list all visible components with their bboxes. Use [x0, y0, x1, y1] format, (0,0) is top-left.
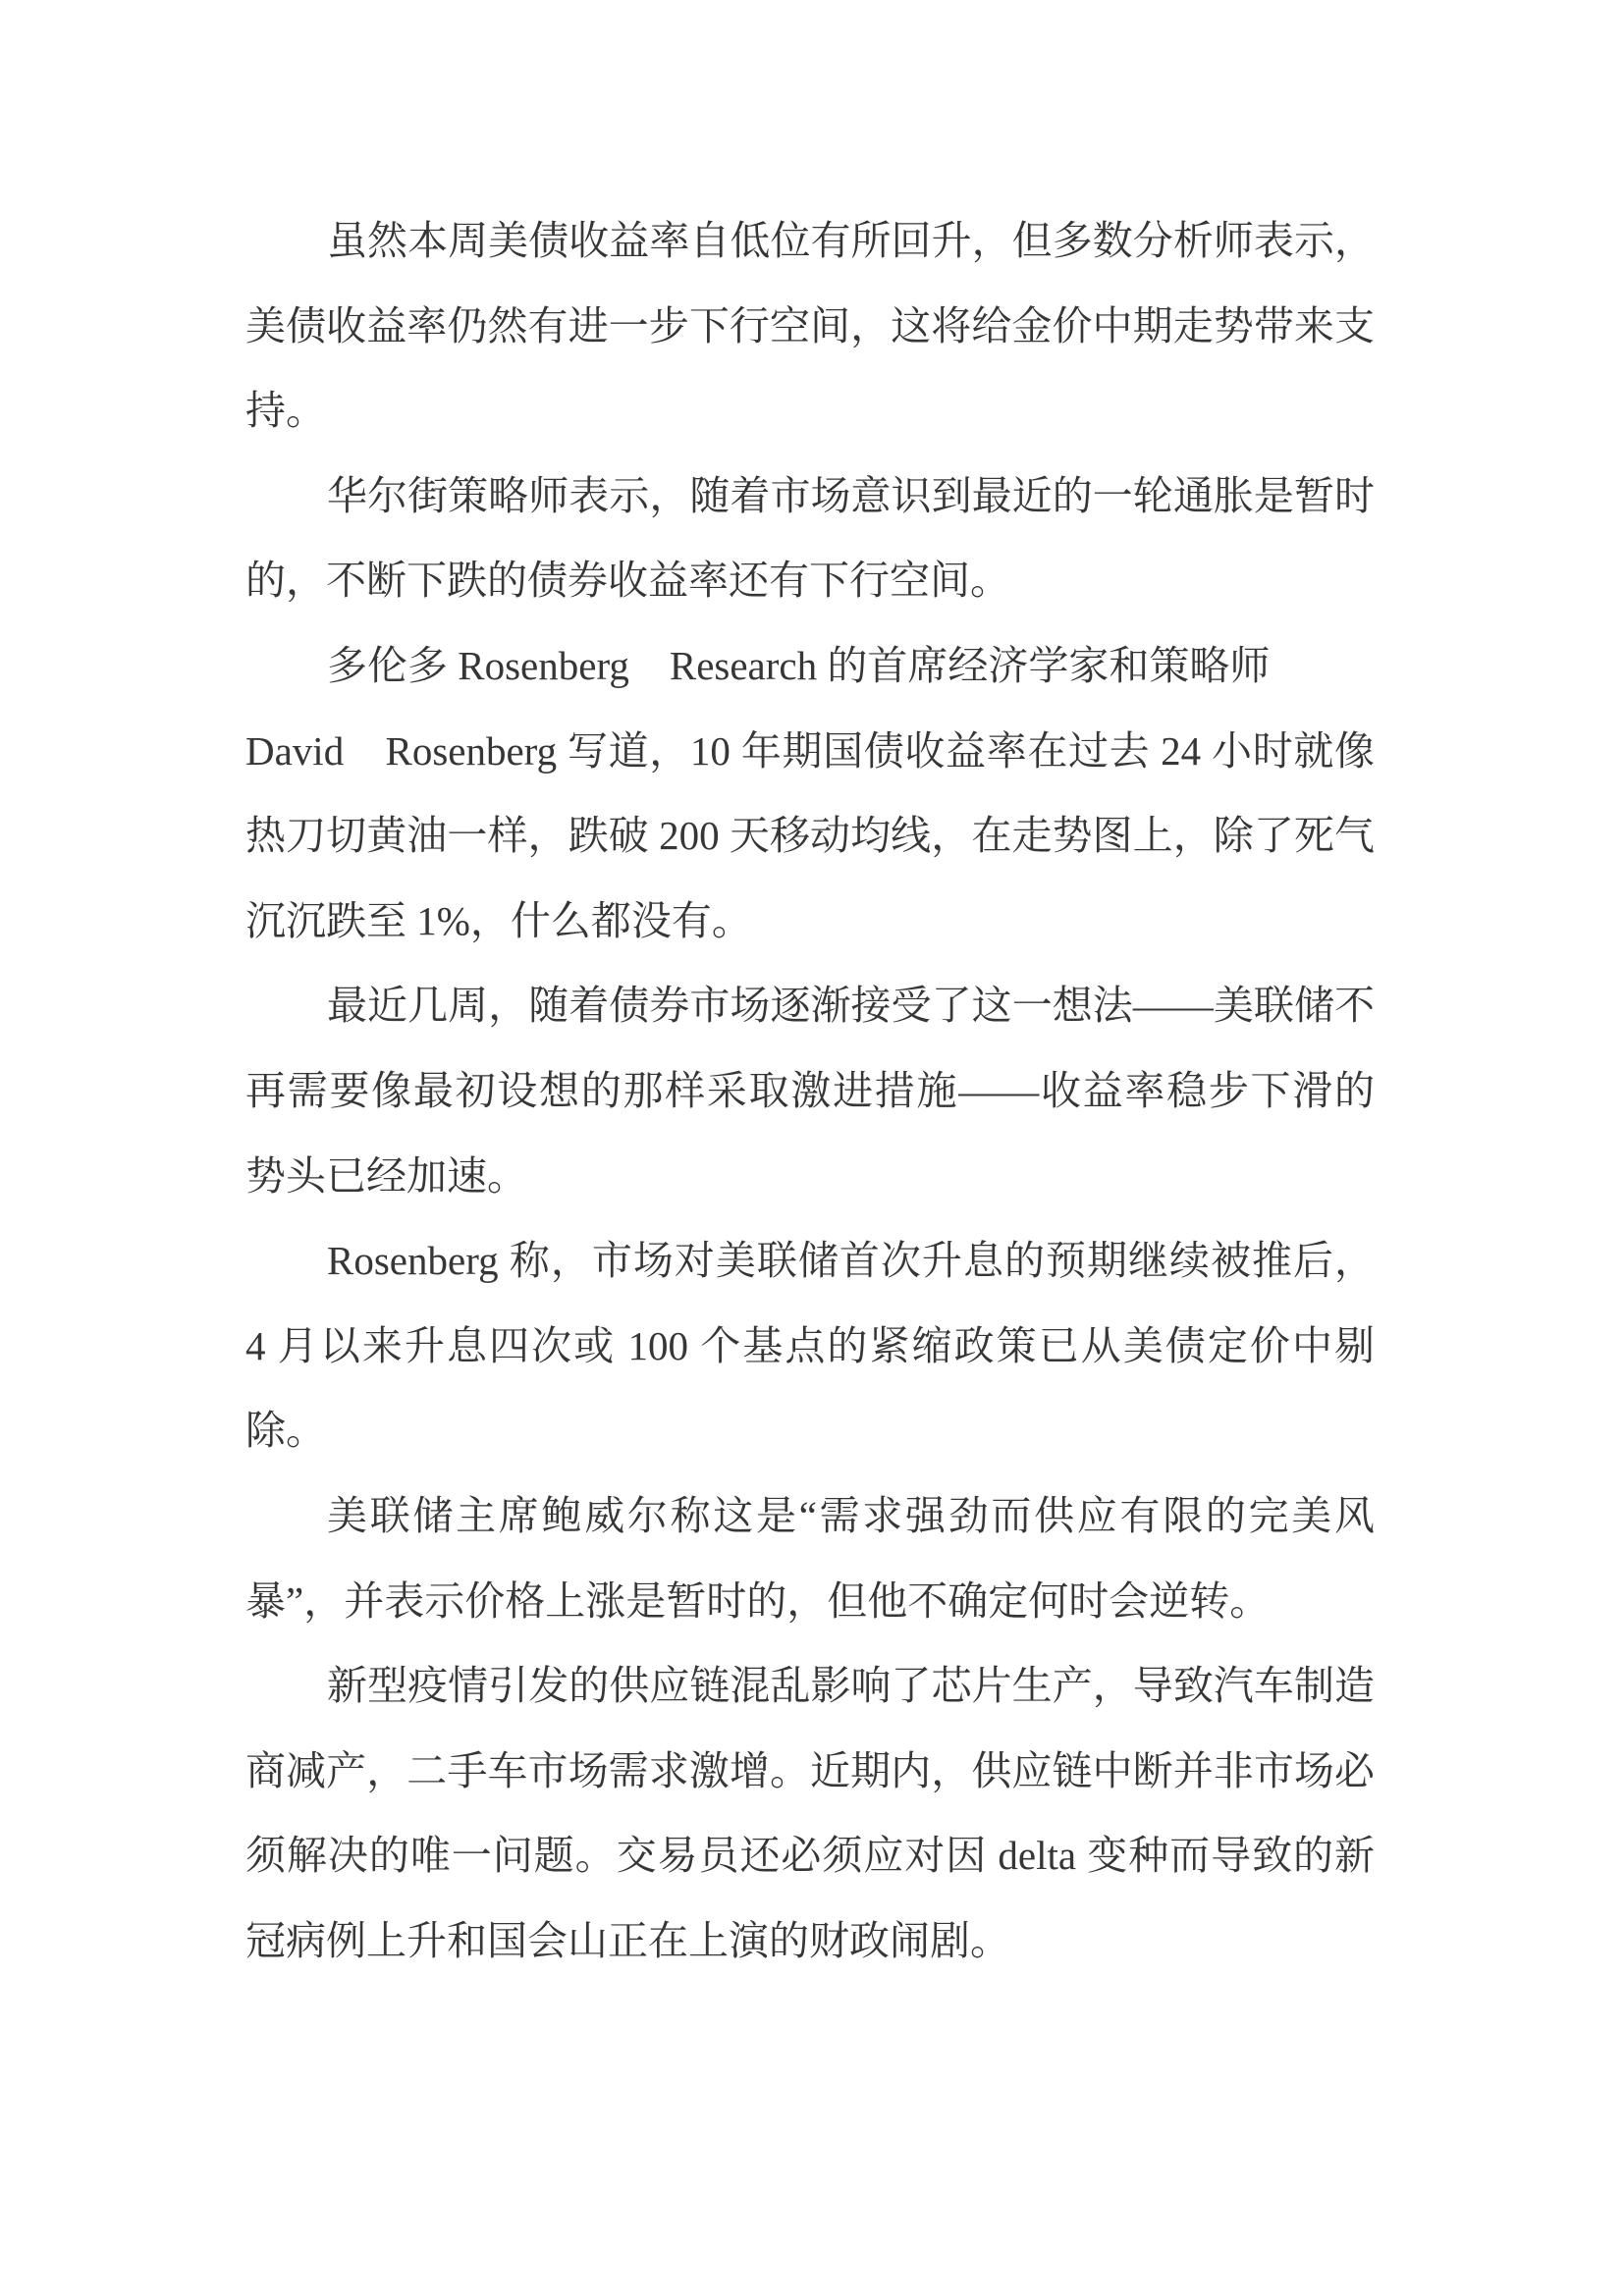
text-line: David Rosenberg 写道，10 年期国债收益率在过去 24 小时就像 [245, 709, 1375, 794]
paragraph: 美联储主席鲍威尔称这是“需求强劲而供应有限的完美风暴”，并表示价格上涨是暂时的，… [245, 1473, 1375, 1643]
paragraph: Rosenberg 称，市场对美联储首次升息的预期继续被推后，4 月以来升息四次… [245, 1218, 1375, 1473]
paragraph: 新型疫情引发的供应链混乱影响了芯片生产，导致汽车制造商减产，二手车市场需求激增。… [245, 1643, 1375, 1983]
paragraph: 华尔街策略师表示，随着市场意识到最近的一轮通胀是暂时的，不断下跌的债券收益率还有… [245, 454, 1375, 623]
text-line: 再需要像最初设想的那样采取激进措施——收益率稳步下滑的 [245, 1048, 1375, 1134]
text-line: 热刀切黄油一样，跌破 200 天移动均线，在走势图上，除了死气 [245, 793, 1375, 879]
text-line: 持。 [245, 368, 1375, 454]
paragraph: 虽然本周美债收益率自低位有所回升，但多数分析师表示，美债收益率仍然有进一步下行空… [245, 198, 1375, 454]
text-line: 商减产，二手车市场需求激增。近期内，供应链中断并非市场必 [245, 1729, 1375, 1814]
paragraph: 最近几周，随着债券市场逐渐接受了这一想法——美联储不再需要像最初设想的那样采取激… [245, 963, 1375, 1218]
text-line: 沉沉跌至 1%，什么都没有。 [245, 879, 1375, 964]
paragraph: 多伦多 Rosenberg Research 的首席经济学家和策略师David … [245, 623, 1375, 963]
text-line: 新型疫情引发的供应链混乱影响了芯片生产，导致汽车制造 [245, 1643, 1375, 1729]
text-line: 冠病例上升和国会山正在上演的财政闹剧。 [245, 1898, 1375, 1984]
text-line: 势头已经加速。 [245, 1134, 1375, 1219]
text-line: 虽然本周美债收益率自低位有所回升，但多数分析师表示， [245, 198, 1375, 284]
text-line: 最近几周，随着债券市场逐渐接受了这一想法——美联储不 [245, 963, 1375, 1048]
text-line: 的，不断下跌的债券收益率还有下行空间。 [245, 538, 1375, 623]
document-body: 虽然本周美债收益率自低位有所回升，但多数分析师表示，美债收益率仍然有进一步下行空… [245, 198, 1375, 1983]
text-line: 华尔街策略师表示，随着市场意识到最近的一轮通胀是暂时 [245, 454, 1375, 539]
text-line: 除。 [245, 1388, 1375, 1473]
text-line: 多伦多 Rosenberg Research 的首席经济学家和策略师 [245, 623, 1375, 709]
text-line: Rosenberg 称，市场对美联储首次升息的预期继续被推后， [245, 1218, 1375, 1304]
text-line: 4 月以来升息四次或 100 个基点的紧缩政策已从美债定价中剔 [245, 1304, 1375, 1389]
text-line: 美债收益率仍然有进一步下行空间，这将给金价中期走势带来支 [245, 284, 1375, 369]
text-line: 须解决的唯一问题。交易员还必须应对因 delta 变种而导致的新 [245, 1813, 1375, 1898]
text-line: 暴”，并表示价格上涨是暂时的，但他不确定何时会逆转。 [245, 1559, 1375, 1644]
text-line: 美联储主席鲍威尔称这是“需求强劲而供应有限的完美风 [245, 1473, 1375, 1559]
